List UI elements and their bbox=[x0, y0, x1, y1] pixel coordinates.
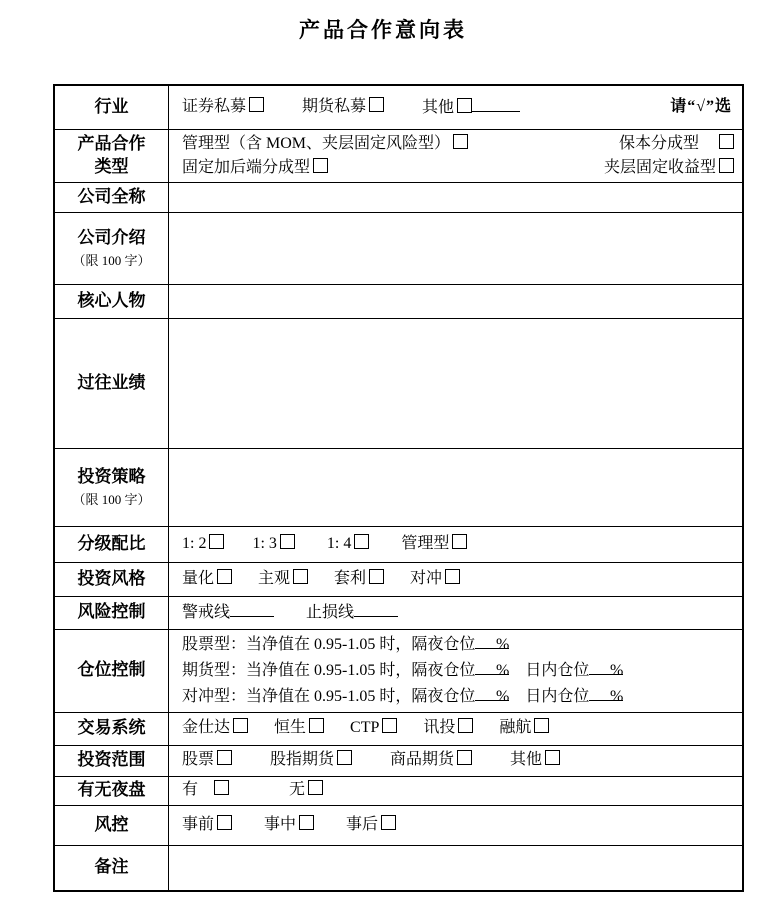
row-key-person: 核心人物 bbox=[54, 284, 743, 318]
night-option-yes: 有 bbox=[182, 781, 229, 798]
row-coop-type: 产品合作 类型 管理型（含 MOM、夹层固定风险型） 保本分成型 固定加后端分成… bbox=[54, 129, 743, 182]
past-performance-field[interactable] bbox=[169, 318, 744, 448]
ratio-1-3-checkbox[interactable] bbox=[280, 534, 295, 549]
scope-option-commodity-futures: 商品期货 bbox=[390, 751, 472, 768]
ratio-option-managed: 管理型 bbox=[401, 535, 467, 552]
night-yes-checkbox[interactable] bbox=[214, 780, 229, 795]
system-option-ronghang: 融航 bbox=[499, 719, 549, 736]
industry-option-securities-private: 证券私募 bbox=[182, 96, 264, 118]
field-label: 期货型：当净值在 0.95-1.05 时，隔夜仓位 bbox=[182, 662, 475, 679]
row-label-text: 公司全称 bbox=[78, 187, 146, 206]
coop-managed-checkbox[interactable] bbox=[453, 134, 468, 149]
row-label-text: 分级配比 bbox=[78, 534, 146, 553]
style-option-subjective: 主观 bbox=[258, 570, 308, 587]
row-label-company-name: 公司全称 bbox=[54, 182, 169, 212]
option-label: 恒生 bbox=[274, 719, 306, 736]
row-label-company-intro: 公司介绍 （限 100 字） bbox=[54, 212, 169, 284]
option-label: 1: 2 bbox=[182, 535, 206, 552]
row-label-note: （限 100 字） bbox=[58, 491, 165, 509]
industry-securities-checkbox[interactable] bbox=[249, 97, 264, 112]
field-label: 对冲型：当净值在 0.95-1.05 时，隔夜仓位 bbox=[182, 688, 475, 705]
row-position-control: 仓位控制 股票型：当净值在 0.95-1.05 时，隔夜仓位% 期货型：当净值在… bbox=[54, 629, 743, 712]
coop-option-managed: 管理型（含 MOM、夹层固定风险型） bbox=[182, 132, 468, 156]
scope-commodity-futures-checkbox[interactable] bbox=[457, 750, 472, 765]
hedge-intraday-blank[interactable]: % bbox=[589, 684, 623, 701]
option-label: 股指期货 bbox=[270, 751, 334, 768]
field-label: 股票型：当净值在 0.95-1.05 时，隔夜仓位 bbox=[182, 636, 475, 653]
coop-mezzanine-fixed-income-checkbox[interactable] bbox=[719, 158, 734, 173]
scope-stock-checkbox[interactable] bbox=[217, 750, 232, 765]
row-remarks: 备注 bbox=[54, 845, 743, 891]
stage-pre-checkbox[interactable] bbox=[217, 815, 232, 830]
coop-option-mezzanine-fixed-income: 夹层固定收益型 bbox=[604, 156, 734, 180]
coop-principal-protected-checkbox[interactable] bbox=[719, 134, 734, 149]
row-label-investment-style: 投资风格 bbox=[54, 562, 169, 596]
system-option-hundsun: 恒生 bbox=[274, 719, 324, 736]
company-intro-field[interactable] bbox=[169, 212, 744, 284]
key-person-field[interactable] bbox=[169, 284, 744, 318]
industry-futures-checkbox[interactable] bbox=[369, 97, 384, 112]
option-label: 固定加后端分成型 bbox=[182, 159, 310, 176]
option-label: CTP bbox=[350, 719, 379, 736]
stock-overnight-blank[interactable]: % bbox=[475, 632, 509, 649]
option-label: 金仕达 bbox=[182, 719, 230, 736]
industry-other-blank[interactable] bbox=[472, 95, 520, 112]
row-label-text: 公司介绍 bbox=[58, 227, 165, 250]
row-label-text: 核心人物 bbox=[78, 291, 146, 310]
system-option-xuntou: 讯投 bbox=[423, 719, 473, 736]
row-past-performance: 过往业绩 bbox=[54, 318, 743, 448]
option-label: 对冲 bbox=[410, 570, 442, 587]
option-label: 管理型（含 MOM、夹层固定风险型） bbox=[182, 135, 450, 152]
ratio-1-4-checkbox[interactable] bbox=[354, 534, 369, 549]
warning-line-blank[interactable] bbox=[230, 600, 274, 617]
row-label-remarks: 备注 bbox=[54, 845, 169, 891]
row-risk-stage: 风控 事前 事中 事后 bbox=[54, 805, 743, 845]
system-ctp-checkbox[interactable] bbox=[382, 718, 397, 733]
row-label-text: 行业 bbox=[95, 97, 129, 116]
style-subjective-checkbox[interactable] bbox=[293, 569, 308, 584]
row-label-text: 过往业绩 bbox=[78, 373, 146, 392]
row-label-night-session: 有无夜盘 bbox=[54, 776, 169, 805]
coop-option-principal-protected: 保本分成型 bbox=[619, 132, 734, 156]
position-line-futures: 期货型：当净值在 0.95-1.05 时，隔夜仓位%日内仓位% bbox=[182, 658, 734, 684]
row-night-session: 有无夜盘 有 无 bbox=[54, 776, 743, 805]
row-label-text: 投资风格 bbox=[78, 569, 146, 588]
style-option-quant: 量化 bbox=[182, 570, 232, 587]
industry-other-checkbox[interactable] bbox=[457, 98, 472, 113]
row-tier-ratio: 分级配比 1: 2 1: 3 1: 4 管理型 bbox=[54, 526, 743, 562]
style-arbitrage-checkbox[interactable] bbox=[369, 569, 384, 584]
row-label-industry: 行业 bbox=[54, 85, 169, 129]
warning-line-field-group: 警戒线 bbox=[182, 604, 274, 621]
system-hundsun-checkbox[interactable] bbox=[309, 718, 324, 733]
ratio-option-1-3: 1: 3 bbox=[252, 535, 294, 552]
option-label: 其他 bbox=[422, 99, 454, 116]
row-label-text: 交易系统 bbox=[78, 718, 146, 737]
row-company-intro: 公司介绍 （限 100 字） bbox=[54, 212, 743, 284]
row-label-text: 风控 bbox=[95, 815, 129, 834]
row-label-text: 产品合作 bbox=[58, 133, 165, 156]
investment-strategy-field[interactable] bbox=[169, 448, 744, 526]
page-title: 产品合作意向表 bbox=[0, 0, 766, 44]
option-label: 讯投 bbox=[423, 719, 455, 736]
row-label-text: 有无夜盘 bbox=[78, 780, 146, 799]
row-label-key-person: 核心人物 bbox=[54, 284, 169, 318]
company-name-field[interactable] bbox=[169, 182, 744, 212]
row-label-past-performance: 过往业绩 bbox=[54, 318, 169, 448]
option-label: 管理型 bbox=[401, 535, 449, 552]
row-label-investment-strategy: 投资策略 （限 100 字） bbox=[54, 448, 169, 526]
industry-option-futures-private: 期货私募 bbox=[302, 96, 384, 118]
hedge-overnight-blank[interactable]: % bbox=[475, 684, 509, 701]
option-label: 1: 3 bbox=[252, 535, 276, 552]
style-hedge-checkbox[interactable] bbox=[445, 569, 460, 584]
option-label: 事中 bbox=[264, 816, 296, 833]
option-label: 主观 bbox=[258, 570, 290, 587]
row-label-text: 类型 bbox=[58, 156, 165, 179]
night-option-no: 无 bbox=[289, 781, 323, 798]
option-label: 期货私募 bbox=[302, 98, 366, 115]
position-line-hedge: 对冲型：当净值在 0.95-1.05 时，隔夜仓位%日内仓位% bbox=[182, 684, 734, 710]
system-option-ctp: CTP bbox=[350, 719, 397, 736]
field-label: 警戒线 bbox=[182, 604, 230, 621]
coop-option-fixed-backend: 固定加后端分成型 bbox=[182, 156, 328, 180]
row-label-text: 风险控制 bbox=[78, 602, 146, 621]
row-label-text: 仓位控制 bbox=[78, 660, 146, 679]
coop-fixed-backend-checkbox[interactable] bbox=[313, 158, 328, 173]
style-option-hedge: 对冲 bbox=[410, 570, 460, 587]
option-label: 事前 bbox=[182, 816, 214, 833]
row-company-name: 公司全称 bbox=[54, 182, 743, 212]
row-label-investment-scope: 投资范围 bbox=[54, 745, 169, 776]
scope-other-checkbox[interactable] bbox=[545, 750, 560, 765]
ratio-1-2-checkbox[interactable] bbox=[209, 534, 224, 549]
scope-option-other: 其他 bbox=[510, 751, 560, 768]
system-option-kingstar: 金仕达 bbox=[182, 719, 248, 736]
row-industry: 行业 证券私募 期货私募 其他 请“√”选 bbox=[54, 85, 743, 129]
ratio-option-1-2: 1: 2 bbox=[182, 535, 224, 552]
industry-option-other: 其他 bbox=[422, 95, 520, 119]
option-label: 其他 bbox=[510, 751, 542, 768]
option-label: 融航 bbox=[499, 719, 531, 736]
futures-intraday-blank[interactable]: % bbox=[589, 658, 623, 675]
row-trading-system: 交易系统 金仕达 恒生 CTP 讯投 融航 bbox=[54, 712, 743, 745]
row-label-note: （限 100 字） bbox=[58, 252, 165, 270]
system-xuntou-checkbox[interactable] bbox=[458, 718, 473, 733]
night-no-checkbox[interactable] bbox=[308, 780, 323, 795]
option-label: 商品期货 bbox=[390, 751, 454, 768]
stage-option-post: 事后 bbox=[346, 816, 396, 833]
row-label-trading-system: 交易系统 bbox=[54, 712, 169, 745]
document-page: 产品合作意向表 行业 证券私募 期货私募 其他 请“√”选 产品合作 类型 bbox=[0, 0, 766, 900]
stop-loss-field-group: 止损线 bbox=[306, 604, 398, 621]
option-label: 有 bbox=[182, 781, 198, 798]
stage-option-pre: 事前 bbox=[182, 816, 232, 833]
row-label-risk-lines: 风险控制 bbox=[54, 596, 169, 629]
row-label-text: 投资范围 bbox=[78, 750, 146, 769]
field-label: 止损线 bbox=[306, 604, 354, 621]
scope-option-index-futures: 股指期货 bbox=[270, 751, 352, 768]
row-label-coop-type: 产品合作 类型 bbox=[54, 129, 169, 182]
stage-option-during: 事中 bbox=[264, 816, 314, 833]
option-label: 套利 bbox=[334, 570, 366, 587]
option-label: 事后 bbox=[346, 816, 378, 833]
row-label-text: 投资策略 bbox=[58, 466, 165, 489]
row-investment-style: 投资风格 量化 主观 套利 对冲 bbox=[54, 562, 743, 596]
option-label: 证券私募 bbox=[182, 98, 246, 115]
option-label: 保本分成型 bbox=[619, 135, 699, 152]
stage-post-checkbox[interactable] bbox=[381, 815, 396, 830]
row-investment-scope: 投资范围 股票 股指期货 商品期货 其他 bbox=[54, 745, 743, 776]
stage-during-checkbox[interactable] bbox=[299, 815, 314, 830]
style-quant-checkbox[interactable] bbox=[217, 569, 232, 584]
row-investment-strategy: 投资策略 （限 100 字） bbox=[54, 448, 743, 526]
futures-overnight-blank[interactable]: % bbox=[475, 658, 509, 675]
system-ronghang-checkbox[interactable] bbox=[534, 718, 549, 733]
style-option-arbitrage: 套利 bbox=[334, 570, 384, 587]
ratio-option-1-4: 1: 4 bbox=[327, 535, 369, 552]
ratio-managed-checkbox[interactable] bbox=[452, 534, 467, 549]
scope-option-stock: 股票 bbox=[182, 751, 232, 768]
option-label: 1: 4 bbox=[327, 535, 351, 552]
position-line-stock: 股票型：当净值在 0.95-1.05 时，隔夜仓位% bbox=[182, 632, 734, 658]
check-mark-hint: 请“√”选 bbox=[670, 96, 734, 118]
option-label: 无 bbox=[289, 781, 305, 798]
option-label: 股票 bbox=[182, 751, 214, 768]
remarks-field[interactable] bbox=[169, 845, 744, 891]
row-label-risk-stage: 风控 bbox=[54, 805, 169, 845]
stop-loss-blank[interactable] bbox=[354, 600, 398, 617]
form-table: 行业 证券私募 期货私募 其他 请“√”选 产品合作 类型 管理型（含 MOM、… bbox=[53, 84, 744, 892]
option-label: 夹层固定收益型 bbox=[604, 159, 716, 176]
option-label: 量化 bbox=[182, 570, 214, 587]
row-risk-lines: 风险控制 警戒线 止损线 bbox=[54, 596, 743, 629]
row-label-tier-ratio: 分级配比 bbox=[54, 526, 169, 562]
field-label: 日内仓位 bbox=[525, 662, 589, 679]
field-label: 日内仓位 bbox=[525, 688, 589, 705]
row-label-text: 备注 bbox=[95, 857, 129, 876]
scope-index-futures-checkbox[interactable] bbox=[337, 750, 352, 765]
system-kingstar-checkbox[interactable] bbox=[233, 718, 248, 733]
row-label-position-control: 仓位控制 bbox=[54, 629, 169, 712]
